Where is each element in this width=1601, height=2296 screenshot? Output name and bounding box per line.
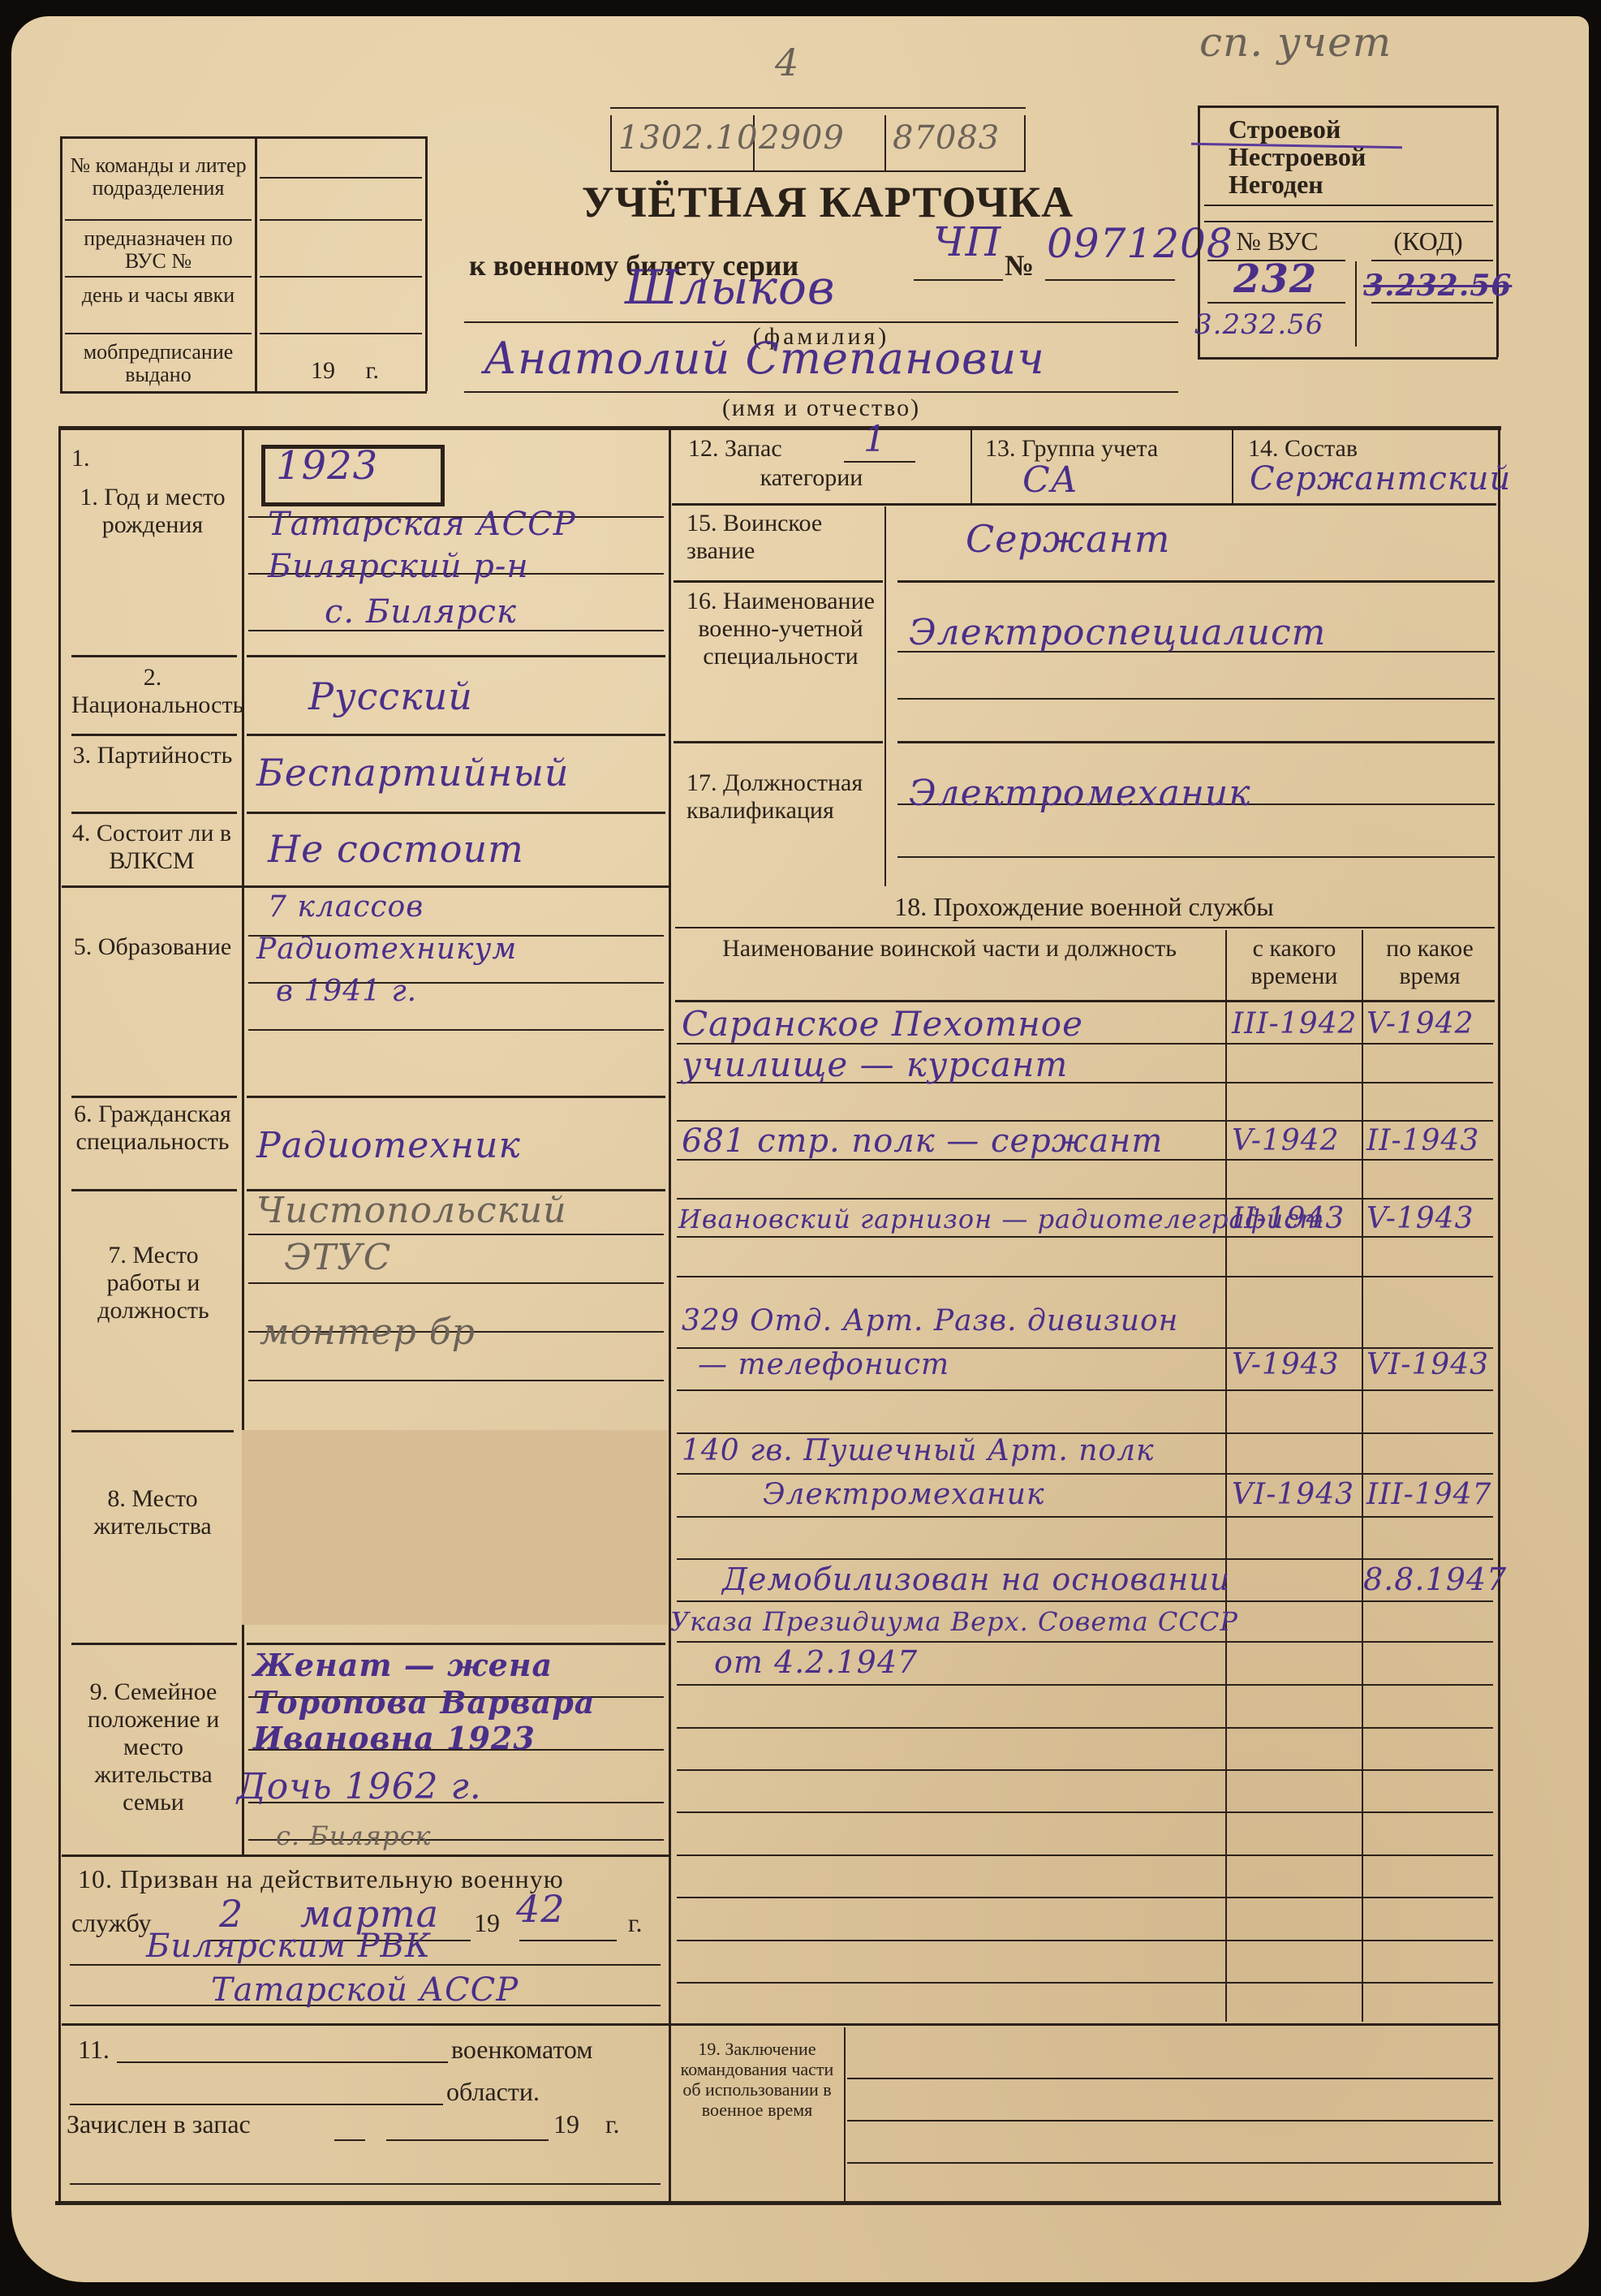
field-9-label: 9. Семейное положение и место жительства… bbox=[68, 1678, 239, 1816]
mob-order-year: 19 г. bbox=[268, 357, 422, 385]
vus-label: № ВУС bbox=[1204, 227, 1350, 255]
service-to: III-1947 bbox=[1366, 1477, 1491, 1513]
civil-specialty-value: Радиотехник bbox=[256, 1128, 521, 1164]
service-unit-line: — телефонист bbox=[698, 1347, 949, 1383]
field-1-number: 1. bbox=[71, 445, 234, 472]
service-to: VI-1943 bbox=[1366, 1347, 1489, 1383]
birth-place-line-3: с. Билярск bbox=[325, 594, 517, 630]
field-15-label: 15. Воинское звание bbox=[686, 510, 881, 565]
vus-assigned-label: предназначен по ВУС № bbox=[65, 227, 252, 273]
composition-value: Сержантский bbox=[1250, 461, 1511, 497]
fitness-option-strovoy: Строевой bbox=[1229, 115, 1341, 143]
field-8-label: 8. Место жительства bbox=[71, 1485, 234, 1540]
service-unit-line: Ивановский гарнизон — радиотелеграфист bbox=[678, 1201, 1325, 1237]
service-to: V-1943 bbox=[1366, 1201, 1474, 1237]
field-5-label: 5. Образование bbox=[71, 933, 234, 961]
field-4-label: 4. Состоит ли в ВЛКСМ bbox=[65, 820, 239, 875]
field-10-label-b: службу bbox=[71, 1909, 152, 1936]
komsomol-value: Не состоит bbox=[268, 831, 524, 867]
field-11-number: 11. bbox=[78, 2035, 110, 2063]
education-line-1: 7 классов bbox=[268, 890, 424, 925]
workplace-line-3: монтер бр bbox=[260, 1315, 476, 1350]
service-col-to: по какое время bbox=[1363, 935, 1496, 990]
workplace-line-2: ЭТУС bbox=[284, 1240, 391, 1276]
service-unit-line: 681 стр. полк — сержант bbox=[682, 1123, 1163, 1159]
workplace-line-1: Чистопольский bbox=[256, 1193, 567, 1229]
draft-office-line-1: Билярским РВК bbox=[146, 1928, 431, 1964]
reserve-label: Зачислен в запас bbox=[67, 2110, 251, 2138]
draft-year-end: г. bbox=[628, 1909, 643, 1936]
page-corner-note: 4 bbox=[775, 45, 799, 80]
field-2-label: 2. Национальность bbox=[71, 664, 234, 719]
code-label: (КОД) bbox=[1363, 227, 1493, 255]
family-line-5: с. Билярск bbox=[276, 1818, 431, 1854]
qualification-value: Электромеханик bbox=[909, 776, 1251, 812]
education-line-3: в 1941 г. bbox=[276, 974, 417, 1010]
nationality-value: Русский bbox=[308, 678, 473, 714]
service-to: II-1943 bbox=[1366, 1123, 1479, 1159]
service-unit-line: от 4.2.1947 bbox=[714, 1644, 918, 1680]
field-11-label-a: военкоматом bbox=[451, 2035, 593, 2063]
field-1-label: 1. Год и место рождения bbox=[71, 484, 234, 539]
command-number-label: № команды и литер подразделения bbox=[65, 154, 252, 200]
service-unit-line: Указа Президиума Верх. Совета СССР bbox=[670, 1604, 1238, 1639]
vus-value: 232 bbox=[1233, 261, 1317, 297]
birth-year: 1923 bbox=[276, 448, 378, 484]
field-16-label: 16. Наименование военно-учетной специаль… bbox=[678, 588, 883, 670]
field-3-label: 3. Партийность bbox=[71, 742, 234, 769]
draft-office-line-2: Татарской АССР bbox=[211, 1972, 519, 2008]
birth-place-line-1: Татарская АССР bbox=[268, 506, 576, 542]
report-time-label: день и часы явки bbox=[65, 284, 252, 307]
card-title: УЧЁТНАЯ КАРТОЧКА bbox=[568, 177, 1087, 227]
specialty-value: Электроспециалист bbox=[909, 615, 1326, 651]
field-12-label: 12. Запас bbox=[688, 435, 782, 463]
stamp-number-3: 87083 bbox=[893, 120, 1000, 156]
service-from: V-1943 bbox=[1232, 1347, 1339, 1383]
reserve-category-value: 1 bbox=[863, 422, 887, 458]
field-14-label: 14. Состав bbox=[1248, 435, 1358, 463]
service-to: V-1942 bbox=[1366, 1006, 1474, 1042]
service-from: III-1942 bbox=[1232, 1006, 1357, 1042]
name-caption: (имя и отчество) bbox=[464, 394, 1178, 422]
service-unit-line: 140 гв. Пушечный Арт. полк bbox=[682, 1433, 1155, 1469]
fitness-option-negoden: Негоден bbox=[1229, 170, 1323, 198]
group-value: СА bbox=[1022, 463, 1078, 498]
code-value-struck: 3.232.56 bbox=[1363, 268, 1512, 304]
family-line-1: Женат — жена bbox=[253, 1648, 553, 1683]
education-line-2: Радиотехникум bbox=[256, 932, 517, 967]
service-title: 18. Прохождение военной службы bbox=[672, 893, 1496, 920]
residence-redacted bbox=[242, 1430, 668, 1625]
vus-value-2: 3.232.56 bbox=[1194, 307, 1323, 342]
service-from: II-1943 bbox=[1232, 1201, 1345, 1237]
service-unit-line: Демобилизован на основании bbox=[722, 1562, 1230, 1597]
surname-value: Шлыков bbox=[625, 269, 836, 305]
reserve-year: 19 bbox=[553, 2110, 579, 2138]
service-col-from: с какого времени bbox=[1227, 935, 1362, 990]
stamp-number-1: 1302.10 bbox=[618, 120, 758, 156]
service-col-unit: Наименование воинской части и должность bbox=[674, 935, 1225, 963]
rank-value: Сержант bbox=[966, 521, 1171, 557]
name-patronymic-value: Анатолий Степанович bbox=[484, 341, 1045, 377]
reserve-year-end: г. bbox=[605, 2110, 620, 2138]
service-unit-line: Электромеханик bbox=[763, 1477, 1044, 1513]
ticket-number-label: № bbox=[1005, 248, 1034, 282]
draft-year-prefix: 19 bbox=[474, 1909, 500, 1936]
service-unit-line: Саранское Пехотное bbox=[682, 1006, 1083, 1042]
service-unit-line: училище — курсант bbox=[682, 1047, 1068, 1083]
field-12-label-b: категории bbox=[730, 464, 893, 492]
family-line-4: Дочь 1962 г. bbox=[237, 1769, 482, 1805]
field-17-label: 17. Должностная квалификация bbox=[686, 769, 881, 825]
field-13-label: 13. Группа учета bbox=[985, 435, 1158, 463]
field-11-label-b: области. bbox=[446, 2078, 540, 2105]
fitness-option-nestroevoy: Нестроевой bbox=[1229, 143, 1366, 170]
draft-year-suffix: 42 bbox=[516, 1891, 566, 1927]
draft-month: марта bbox=[300, 1896, 439, 1932]
archive-note: сп. учет bbox=[1199, 24, 1392, 60]
birth-place-line-2: Билярский р-н bbox=[268, 549, 529, 584]
party-value: Беспартийный bbox=[256, 755, 570, 790]
field-19-label: 19. Заключение командования части об исп… bbox=[672, 2039, 842, 2120]
family-line-2: Торопова Варвара bbox=[253, 1685, 595, 1721]
stamp-number-2: 2909 bbox=[759, 120, 845, 156]
mob-order-label: мобпредписание выдано bbox=[65, 341, 252, 386]
draft-day: 2 bbox=[219, 1896, 243, 1932]
service-unit-line: 329 Отд. Арт. Разв. дивизион bbox=[682, 1303, 1178, 1339]
service-from: V-1942 bbox=[1232, 1123, 1339, 1159]
service-from: VI-1943 bbox=[1232, 1477, 1354, 1513]
field-6-label: 6. Гражданская специальность bbox=[71, 1101, 234, 1156]
field-7-label: 7. Место работы и должность bbox=[68, 1242, 239, 1325]
family-line-3: Ивановна 1923 bbox=[253, 1721, 536, 1756]
field-10-label: 10. Призван на действительную военную bbox=[78, 1865, 564, 1893]
ticket-series: ЧП bbox=[933, 224, 1001, 260]
service-to: 8.8.1947 bbox=[1363, 1562, 1507, 1597]
